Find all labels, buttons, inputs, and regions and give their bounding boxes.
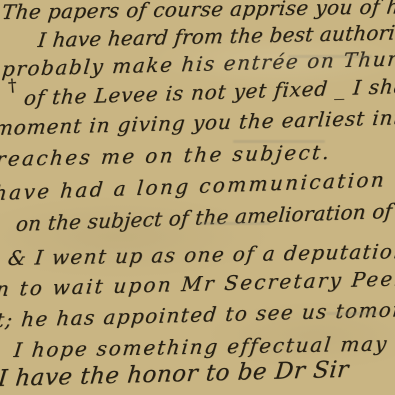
manuscript-line: reaches me on the subject. [0, 140, 333, 171]
manuscript-line: t; he has appointed to see us tomorrow [0, 296, 395, 332]
manuscript-line: moment in giving you the earliest intell… [0, 104, 395, 140]
manuscript-page: The papers of course apprise you of his … [0, 0, 395, 395]
manuscript-line: & I went up as one of a deputation [7, 239, 395, 270]
margin-insertion-mark: † [7, 76, 17, 97]
manuscript-line: have had a long communication with [0, 165, 395, 205]
manuscript-line: I have the honor to be Dr Sir [0, 357, 350, 392]
manuscript-line: on the subject of the amelioration of th… [15, 197, 395, 236]
manuscript-line: n to wait upon Mr Secretary Peel on [0, 265, 395, 301]
manuscript-line: The papers of course apprise you of his … [1, 0, 395, 24]
